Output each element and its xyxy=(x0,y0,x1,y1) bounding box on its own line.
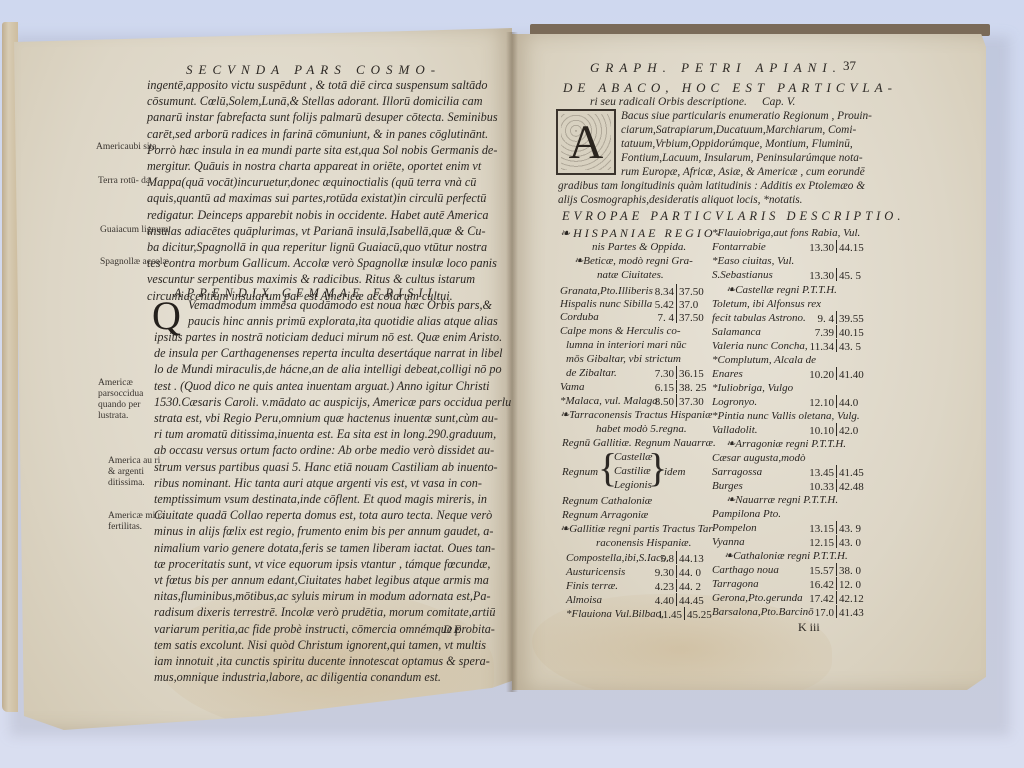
coordinates: 10.2041.40 xyxy=(800,367,873,381)
longitude: 13.15 xyxy=(800,523,834,535)
longitude: 11.45 xyxy=(648,609,682,621)
coordinates: 15.5738. 0 xyxy=(800,563,873,577)
longitude: 11.34 xyxy=(800,341,834,353)
table-row: Tarragona xyxy=(712,577,759,591)
longitude: 4.40 xyxy=(640,595,674,607)
latitude: 37.50 xyxy=(679,312,713,324)
latitude: 12. 0 xyxy=(839,579,873,591)
table-row: Pompelon xyxy=(712,521,757,535)
table-row: nis Partes & Oppida. xyxy=(592,240,686,254)
text-line: cōsumunt. Cœlū,Solem,Lunā,& Stellas ador… xyxy=(147,93,497,109)
text-line: ciarum,Satrapiarum,Ducatuum,Marchiarum, … xyxy=(621,123,872,137)
table-row: *Flauiobriga,aut fons Rabia, Vul. xyxy=(712,226,860,240)
coordinates: 13.4541.45 xyxy=(800,465,873,479)
text-line: minus in alijs fœlix est regio, frumento… xyxy=(154,523,498,539)
table-row: S.Sebastianus xyxy=(712,268,773,282)
text-line: ri tum aromatū ditissima,inuenta est. Ea… xyxy=(154,426,498,442)
table-row: ❧Cathaloniæ regni P.T.T.H. xyxy=(724,549,848,563)
table-row: Regnū Gallitiæ. Regnum Nauarræ. xyxy=(562,436,716,450)
text-line: ingentē,apposito victu suspēdunt , & tot… xyxy=(147,77,497,93)
table-row: Gerona,Pto.gerunda xyxy=(712,591,803,605)
text-line: aquis,quantū ad maximas sui partes,rotūd… xyxy=(147,190,497,206)
coordinates: 4.2344. 2 xyxy=(640,579,713,593)
table-row: Finis terræ. xyxy=(566,579,618,593)
table-row: Cæsar augusta,modò xyxy=(712,451,806,465)
text-line: alijs Cosmographis,desideratis aliquot l… xyxy=(558,193,865,207)
latitude: 44. 0 xyxy=(679,567,713,579)
table-row: Regnum Arragoniæ xyxy=(562,508,648,522)
longitude: 13.45 xyxy=(800,467,834,479)
table-row: Barsalona,Pto.Barcinō xyxy=(712,605,814,619)
latitude: 44.45 xyxy=(679,595,713,607)
table-row: ❧Nauarræ regni P.T.T.H. xyxy=(726,493,838,507)
latitude: 41.40 xyxy=(839,369,873,381)
table-row: mōs Gibaltar, vbi strictum xyxy=(566,352,681,366)
text-line: ribus nominant. Hic tanta auri atque arg… xyxy=(154,475,498,491)
table-row: Valeria nunc Concha, xyxy=(712,339,808,353)
text-line: Bacus siue particularis enumeratio Regio… xyxy=(621,109,872,123)
table-row: raconensis Hispaniæ. xyxy=(596,536,691,550)
text-line: radisum dixeris terrestrē. Incolæ verò p… xyxy=(154,604,498,620)
text-line: tem satis excolunt. Nisi quòd Christum i… xyxy=(154,637,498,653)
table-row: Austuricensis xyxy=(566,565,625,579)
table-row: Fontarrabie xyxy=(712,240,766,254)
table-row: *Iuliobriga, Vulgo xyxy=(712,381,793,395)
longitude: 13.30 xyxy=(800,270,834,282)
text-line: Porrò hæc insula in ea mundi parte sita … xyxy=(147,142,497,158)
text-line: 1530.Cæsaris Caroli. v.mādato ac auspici… xyxy=(154,394,498,410)
text-line: mergitur. Quāuis in nostra charta appare… xyxy=(147,158,497,174)
text-line: strum versus partibus quasi 5. Hanc etiā… xyxy=(154,459,498,475)
longitude: 10.20 xyxy=(800,369,834,381)
longitude: 5.8 xyxy=(640,553,674,565)
text-line: de insula per Carthagenenses reperta inc… xyxy=(154,345,498,361)
longitude: 7. 4 xyxy=(640,312,674,324)
table-row: habet modò 5.regna. xyxy=(596,422,687,436)
longitude: 9.30 xyxy=(640,567,674,579)
table-row: Pampilona Pto. xyxy=(712,507,781,521)
text-line: insulas adiacētes quāplurimas, vt Parian… xyxy=(147,223,497,239)
decorated-initial-a: A xyxy=(556,109,616,175)
coordinates: 5.844.13 xyxy=(640,551,713,565)
text-line: ab occasu versus ortum facto ordine: Ab … xyxy=(154,442,498,458)
latitude: 44.15 xyxy=(839,242,873,254)
latitude: 39.55 xyxy=(839,313,873,325)
left-body-text: ingentē,apposito victu suspēdunt , & tot… xyxy=(147,77,497,304)
coordinates: 7. 437.50 xyxy=(640,310,713,324)
page-number: 37 xyxy=(843,58,856,74)
margin-note: Spagnollæ accolæ. xyxy=(100,257,172,268)
table-row: Hispalis nunc Sibilla xyxy=(560,297,652,311)
coordinates: 10.1042.0 xyxy=(800,423,873,437)
latitude: 40.15 xyxy=(839,327,873,339)
longitude: 4.23 xyxy=(640,581,674,593)
text-line: Fontium,Lacuum, Insularum, Peninsularúmq… xyxy=(621,151,872,165)
table-row: Toletum, ibi Alfonsus rex xyxy=(712,297,821,311)
coordinates: 7.3036.15 xyxy=(640,366,713,380)
latitude: 38. 0 xyxy=(839,565,873,577)
longitude: 17.0 xyxy=(800,607,834,619)
coordinates: 13.1543. 9 xyxy=(800,521,873,535)
signature-mark: K iii xyxy=(798,620,820,635)
longitude: 17.42 xyxy=(800,593,834,605)
table-row: ❧Castellæ regni P.T.T.H. xyxy=(726,283,837,297)
text-line: nimalium vario genere dotata,feris se ta… xyxy=(154,540,498,556)
row-label: Arragoniæ regni P.T.T.H. xyxy=(735,438,846,450)
latitude: 36.15 xyxy=(679,368,713,380)
coordinates: 11.4545.25 xyxy=(648,607,721,621)
book-gutter xyxy=(506,32,518,692)
coordinates: 9.3044. 0 xyxy=(640,565,713,579)
text-line: Mappa(quā vocāt)incuruetur,donec æquinoc… xyxy=(147,174,497,190)
row-label: Beticæ, modò regni Gra- xyxy=(583,255,693,267)
europe-heading: EVROPAE PARTICVLARIS DESCRIPTIO. xyxy=(562,209,904,224)
coordinates: 8.5037.30 xyxy=(640,394,713,408)
longitude: 9. 4 xyxy=(800,313,834,325)
longitude: 12.15 xyxy=(800,537,834,549)
longitude: 10.10 xyxy=(800,425,834,437)
table-row: Castellæ xyxy=(614,450,653,464)
coordinates: 13.3044.15 xyxy=(800,240,873,254)
coordinates: 9. 439.55 xyxy=(800,311,873,325)
latitude: 43. 5 xyxy=(839,341,873,353)
table-row: ❧Tarraconensis Tractus Hispaniæ xyxy=(560,408,712,422)
coordinates: 16.4212. 0 xyxy=(800,577,873,591)
coordinates: 12.1543. 0 xyxy=(800,535,873,549)
text-line: redigatur. Deinceps apparebit nobis in o… xyxy=(147,207,497,223)
table-row: Logronyo. xyxy=(712,395,757,409)
table-row: Granata,Pto.Illiberis xyxy=(560,284,653,298)
text-line: iam innotuit ,ita cunctis spiritu ducent… xyxy=(154,653,498,669)
table-row: ❧Gallitiæ regni partis Tractus Tar xyxy=(560,522,713,536)
table-row: Enares xyxy=(712,367,743,381)
text-line: panarū instar fabrefacta sunt folijs pal… xyxy=(147,109,497,125)
table-row: fecit tabulas Astrono. xyxy=(712,311,806,325)
text-line: temptissimum vsum destinata,inde cōflent… xyxy=(154,491,498,507)
text-line: tatuum,Vrbium,Oppidorúmque, Montium, Flu… xyxy=(621,137,872,151)
latitude: 42.48 xyxy=(839,481,873,493)
text-line: mus,omnique industria,labore, ac diligen… xyxy=(154,669,498,685)
table-row: *Pintia nunc Vallis oletana, Vulg. xyxy=(712,409,860,423)
row-label: Tarraconensis Tractus Hispaniæ xyxy=(569,409,712,421)
text-line: gradibus tam longitudinis quàm latitudin… xyxy=(558,179,865,193)
table-row: *Complutum, Alcala de xyxy=(712,353,816,367)
table-row: ❧Beticæ, modò regni Gra- xyxy=(574,254,693,268)
longitude: 12.10 xyxy=(800,397,834,409)
margin-note: Terra rotū- da. xyxy=(98,176,170,187)
intro-text: gradibus tam longitudinis quàm latitudin… xyxy=(558,179,865,207)
table-row: Salamanca xyxy=(712,325,761,339)
table-row: Corduba xyxy=(560,310,599,324)
text-line: carēt,sed arborū radices in farinā cōmun… xyxy=(147,126,497,142)
latitude: 43. 9 xyxy=(839,523,873,535)
text-line: ba dicitur,Spagnollā in qua reperitur li… xyxy=(147,239,497,255)
latitude: 37.30 xyxy=(679,396,713,408)
catchword: DE xyxy=(443,622,463,637)
text-line: vt fœtus bis per annum edant,Ciuitates h… xyxy=(154,572,498,588)
table-row: Sarragossa xyxy=(712,465,762,479)
row-label: Nauarræ regni P.T.T.H. xyxy=(735,494,838,506)
text-line: Ciuitate quadā Collao reperta domus est,… xyxy=(154,507,498,523)
latitude: 41.45 xyxy=(839,467,873,479)
table-row: de Zibaltar. xyxy=(566,366,617,380)
brace-right-label: idem xyxy=(664,465,685,479)
table-row: Regnum Cathaloniæ xyxy=(562,494,652,508)
running-head-right: GRAPH. PETRI APIANI. xyxy=(590,60,842,76)
table-row: Almoisa xyxy=(566,593,602,607)
table-row: Valladolit. xyxy=(712,423,758,437)
coordinates: 5.4237.0 xyxy=(640,297,713,311)
appendix-text-indented: Vemadmodum immēsa quodāmodo est noua hæc… xyxy=(188,297,498,329)
latitude: 38. 25 xyxy=(679,382,713,394)
text-line: paucis hinc annis primū explorata,ita qu… xyxy=(188,313,498,329)
coordinates: 6.1538. 25 xyxy=(640,380,713,394)
latitude: 44.0 xyxy=(839,397,873,409)
coordinates: 17.041.43 xyxy=(800,605,873,619)
table-row: Vyanna xyxy=(712,535,745,549)
text-line: nitas,fluminibus,mōtibus,ac syluis mirum… xyxy=(154,588,498,604)
coordinates: 4.4044.45 xyxy=(640,593,713,607)
margin-note: Guaiacum lignum. xyxy=(100,225,172,236)
latitude: 45. 5 xyxy=(839,270,873,282)
longitude: 8.50 xyxy=(640,396,674,408)
running-head-left: SECVNDA PARS COSMO- xyxy=(186,62,441,78)
text-line: strata est, vbi Regio Peru,omnium quæ ha… xyxy=(154,410,498,426)
chapter-label: Cap. V. xyxy=(762,94,795,110)
longitude: 6.15 xyxy=(640,382,674,394)
coordinates: 12.1044.0 xyxy=(800,395,873,409)
table-row: Castiliæ xyxy=(614,464,651,478)
text-line: test . (Quod dico ne quis antea inuentam… xyxy=(154,378,498,394)
longitude: 16.42 xyxy=(800,579,834,591)
longitude: 7.30 xyxy=(640,368,674,380)
text-line: tæ proceritatis sunt, vt vice equorum ip… xyxy=(154,556,498,572)
row-label: HISPANIAE REGIO- xyxy=(573,226,722,240)
coordinates: 7.3940.15 xyxy=(800,325,873,339)
coordinates: 10.3342.48 xyxy=(800,479,873,493)
table-heading: ❧HISPANIAE REGIO- xyxy=(560,226,722,240)
latitude: 41.43 xyxy=(839,607,873,619)
dropcap-letter: A xyxy=(569,115,604,170)
row-label: Cathaloniæ regni P.T.T.H. xyxy=(733,550,848,562)
margin-note: Americaubi sita. xyxy=(96,142,168,153)
longitude: 7.39 xyxy=(800,327,834,339)
table-row: Calpe mons & Herculis co- xyxy=(560,324,681,338)
latitude: 42.12 xyxy=(839,593,873,605)
coordinates: 8.3437.50 xyxy=(640,284,713,298)
table-row: ❧Arragoniæ regni P.T.T.H. xyxy=(726,437,846,451)
text-line: lo de Mundi miraculis,de hácne,an de ali… xyxy=(154,361,498,377)
table-row: *Easo ciuitas, Vul. xyxy=(712,254,794,268)
text-line: rum Europæ, Africæ, Asiæ, & Americæ , cu… xyxy=(621,165,872,179)
brace-left-label: Regnum xyxy=(562,465,598,479)
latitude: 44.13 xyxy=(679,553,713,565)
row-label: Gallitiæ regni partis Tractus Tar xyxy=(569,523,712,535)
text-line: ipsius partes in nostrā noticiam deduci … xyxy=(154,329,498,345)
coordinates: 11.3443. 5 xyxy=(800,339,873,353)
longitude: 15.57 xyxy=(800,565,834,577)
text-line: Vemadmodum immēsa quodāmodo est noua hæc… xyxy=(188,297,498,313)
text-line: tes contra morbum Gallicum. Accolæ verò … xyxy=(147,255,497,271)
coordinates: 13.3045. 5 xyxy=(800,268,873,282)
intro-text-indented: Bacus siue particularis enumeratio Regio… xyxy=(621,109,872,179)
table-row: Legionis xyxy=(614,478,652,492)
longitude: 13.30 xyxy=(800,242,834,254)
table-row: Burges xyxy=(712,479,743,493)
longitude: 10.33 xyxy=(800,481,834,493)
table-row: Vama xyxy=(560,380,584,394)
table-row: natæ Ciuitates. xyxy=(597,268,664,282)
table-row: Carthago noua xyxy=(712,563,779,577)
latitude: 43. 0 xyxy=(839,537,873,549)
row-label: Castellæ regni P.T.T.H. xyxy=(735,284,837,296)
chapter-subheading: ri seu radicali Orbis descriptione. xyxy=(590,94,747,110)
table-row: lumna in interiori mari nūc xyxy=(566,338,686,352)
latitude: 44. 2 xyxy=(679,581,713,593)
coordinates: 17.4242.12 xyxy=(800,591,873,605)
latitude: 42.0 xyxy=(839,425,873,437)
